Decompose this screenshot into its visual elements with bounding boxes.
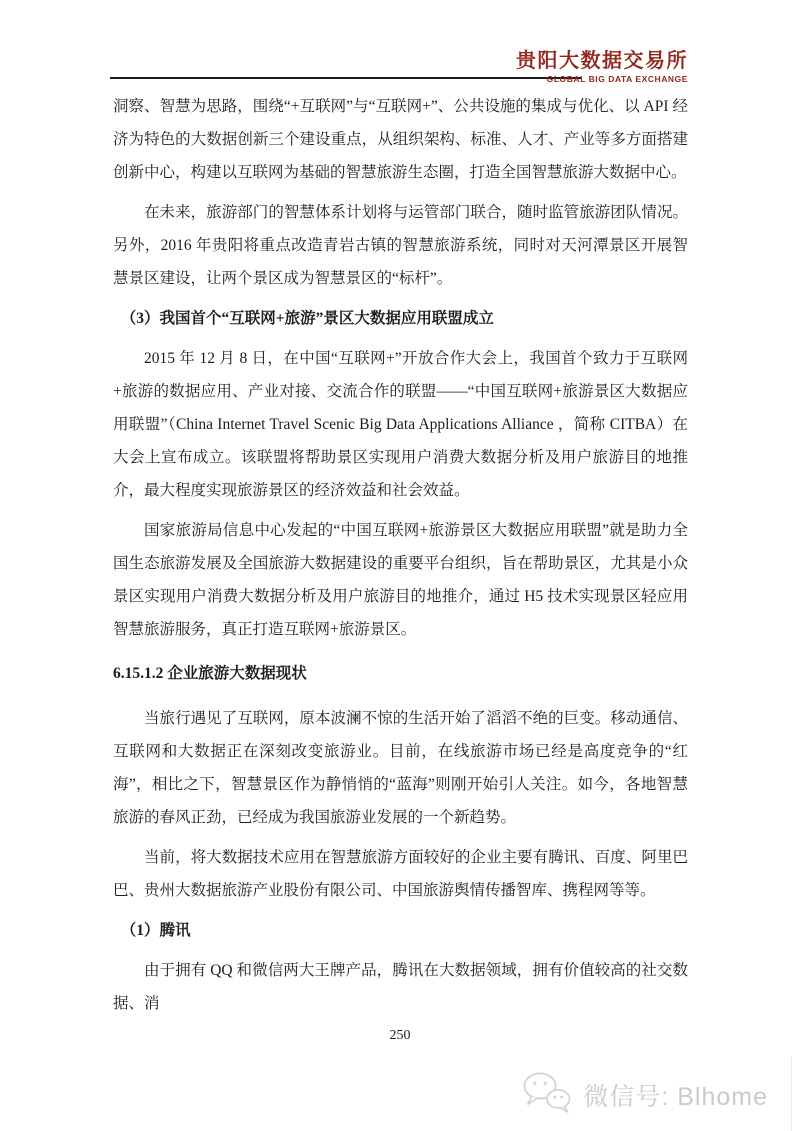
page-number: 250: [0, 1028, 800, 1044]
logo-chinese-name: 贵阳大数据交易所: [516, 49, 688, 73]
body-paragraph: 当前，将大数据技术应用在智慧旅游方面较好的企业主要有腾讯、百度、阿里巴巴、贵州大…: [113, 841, 688, 907]
body-paragraph: 当旅行遇见了互联网，原本波澜不惊的生活开始了滔滔不绝的巨变。移动通信、互联网和大…: [113, 702, 688, 834]
body-paragraph: 国家旅游局信息中心发起的“中国互联网+旅游景区大数据应用联盟”就是助力全国生态旅…: [113, 514, 688, 646]
numbered-heading: （3）我国首个“互联网+旅游”景区大数据应用联盟成立: [113, 302, 688, 335]
watermark-edge-line: [791, 1056, 792, 1131]
body-paragraph: 洞察、智慧为思路，围绕“+互联网”与“互联网+”、公共设施的集成与优化、以 AP…: [113, 90, 688, 189]
exchange-logo: 贵阳大数据交易所 GLOBAL BIG DATA EXCHANGE: [516, 49, 688, 84]
body-paragraph: 在未来，旅游部门的智慧体系计划将与运管部门联合，随时监管旅游团队情况。另外，20…: [113, 196, 688, 295]
section-heading: 6.15.1.2 企业旅游大数据现状: [113, 657, 688, 690]
body-paragraph: 由于拥有 QQ 和微信两大王牌产品，腾讯在大数据领域，拥有价值较高的社交数据、消: [113, 954, 688, 1020]
wechat-watermark: 微信号: Blhome: [521, 1070, 768, 1119]
watermark-text: 微信号: Blhome: [583, 1077, 768, 1113]
document-body: 洞察、智慧为思路，围绕“+互联网”与“互联网+”、公共设施的集成与优化、以 AP…: [113, 90, 688, 1027]
header-divider-line: [110, 77, 581, 79]
wechat-icon: [521, 1070, 573, 1119]
body-paragraph: 2015 年 12 月 8 日，在中国“互联网+”开放合作大会上，我国首个致力于…: [113, 342, 688, 507]
logo-english-tagline: GLOBAL BIG DATA EXCHANGE: [516, 75, 688, 84]
numbered-heading: （1）腾讯: [113, 914, 688, 947]
